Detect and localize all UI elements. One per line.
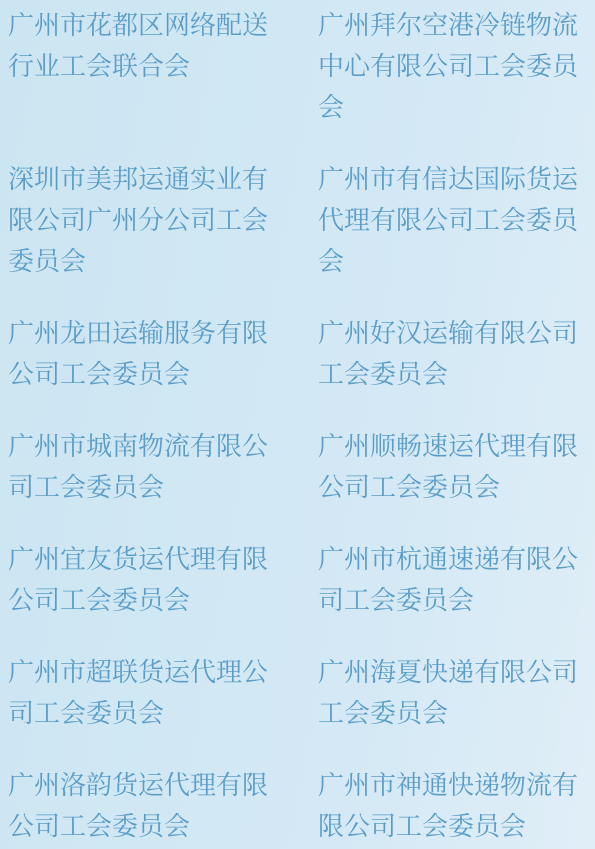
union-name-item: 广州好汉运输有限公司工会委员会: [318, 314, 585, 396]
union-name-item: 广州龙田运输服务有限公司工会委员会: [8, 314, 278, 396]
union-list: 广州市花都区网络配送行业工会联合会 广州拜尔空港冷链物流中心有限公司工会委员会 …: [8, 6, 595, 848]
page-background: 广州市花都区网络配送行业工会联合会 广州拜尔空港冷链物流中心有限公司工会委员会 …: [0, 0, 595, 849]
union-name-item: 深圳市美邦运通实业有限公司广州分公司工会委员会: [8, 160, 278, 283]
union-name-item: 广州市神通快递物流有限公司工会委员会: [318, 766, 585, 848]
union-name-item: 广州市杭通速递有限公司工会委员会: [318, 540, 585, 622]
union-name-item: 广州顺畅速运代理有限公司工会委员会: [318, 427, 585, 509]
union-name-item: 广州市有信达国际货运代理有限公司工会委员会: [318, 160, 585, 283]
union-name-item: 广州市城南物流有限公司工会委员会: [8, 427, 278, 509]
union-name-item: 广州宜友货运代理有限公司工会委员会: [8, 540, 278, 622]
union-name-item: 广州市超联货运代理公司工会委员会: [8, 653, 278, 735]
union-name-item: 广州洛韵货运代理有限公司工会委员会: [8, 766, 278, 848]
union-name-item: 广州海夏快递有限公司工会委员会: [318, 653, 585, 735]
union-name-item: 广州市花都区网络配送行业工会联合会: [8, 6, 278, 88]
union-name-item: 广州拜尔空港冷链物流中心有限公司工会委员会: [318, 6, 585, 129]
